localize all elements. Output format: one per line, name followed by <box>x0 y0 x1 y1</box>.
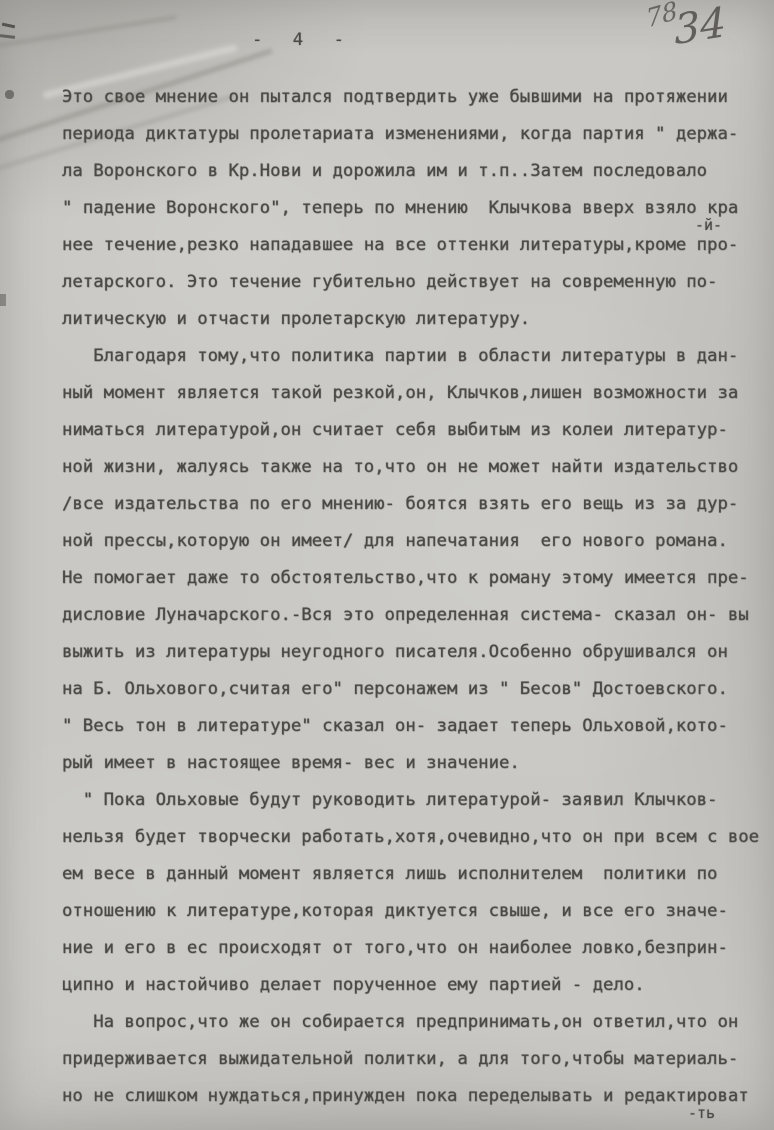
text-line: летарского. Это течение губительно дейст… <box>62 264 774 301</box>
text-line: ной прессы,которую он имеет/ для напечат… <box>62 523 774 560</box>
text-line: ла Воронского в Кр.Нови и дорожила им и … <box>62 153 774 190</box>
text-line: но не слишком нуждаться,принужден пока п… <box>62 1078 774 1115</box>
line-text: Это свое мнение он пытался подтвердить у… <box>62 87 728 107</box>
line-text: рый имеет в настоящее время- вес и значе… <box>62 753 520 773</box>
text-line: выжить из литературы неугодного писателя… <box>62 634 774 671</box>
paper-crease <box>0 15 177 49</box>
scan-artifact <box>2 23 15 29</box>
line-text: нее течение,резко нападавшее на все отте… <box>62 235 738 255</box>
line-text: отношению к литературе,которая диктуется… <box>62 901 728 921</box>
text-line: отношению к литературе,которая диктуется… <box>62 893 774 930</box>
text-line: Это свое мнение он пытался подтвердить у… <box>62 79 774 116</box>
text-line: ципно и настойчиво делает порученное ему… <box>62 967 774 1004</box>
text-line: литическую и отчасти пролетарскую литера… <box>62 301 774 338</box>
text-line: На вопрос,что же он собирается предприни… <box>62 1004 774 1041</box>
line-text: придерживается выжидательной политки, а … <box>62 1049 738 1069</box>
line-text: ной прессы,которую он имеет/ для напечат… <box>62 531 728 551</box>
text-line: периода диктатуры пролетариата изменения… <box>62 116 774 153</box>
scan-artifact <box>0 34 15 39</box>
line-text: нельзя будет творчески работать,хотя,оче… <box>62 827 759 847</box>
text-line: нельзя будет творчески работать,хотя,оче… <box>62 819 774 856</box>
line-text: ла Воронского в Кр.Нови и дорожила им и … <box>62 161 707 181</box>
text-line: " Весь тон в литературе" сказал он- зада… <box>62 708 774 745</box>
handwritten-number-large: 34 <box>673 0 727 54</box>
text-line: ный момент является такой резкой,он, Клы… <box>62 375 774 412</box>
line-text: ниматься литературой,он считает себя выб… <box>62 420 728 440</box>
line-text: " падение Воронского", теперь по мнению … <box>62 198 738 218</box>
text-line: " падение Воронского", теперь по мнению … <box>62 190 774 227</box>
text-line: придерживается выжидательной политки, а … <box>62 1041 774 1078</box>
text-column: Это свое мнение он пытался подтвердить у… <box>62 79 774 1115</box>
text-line: Не помогает даже то обстоятельство,что к… <box>62 560 774 597</box>
line-text: летарского. Это течение губительно дейст… <box>62 272 717 292</box>
line-text: ципно и настойчиво делает порученное ему… <box>62 975 645 995</box>
line-text: но не слишком нуждаться,принужден пока п… <box>62 1086 749 1106</box>
text-line: ние и его в ес происходят от того,что он… <box>62 930 774 967</box>
text-line: нее течение,резко нападавшее на все отте… <box>62 227 774 264</box>
text-line: " Пока Ольховые будут руководить литерат… <box>62 782 774 819</box>
line-text: выжить из литературы неугодного писателя… <box>62 642 728 662</box>
text-line: рый имеет в настоящее время- вес и значе… <box>62 745 774 782</box>
line-text: на Б. Ольхового,считая его" персонажем и… <box>62 679 728 699</box>
line-text: Благодаря тому,что политика партии в обл… <box>62 346 738 366</box>
line-text: дисловие Луначарского.-Вся это определен… <box>62 605 749 625</box>
handwritten-note: 78 34 <box>638 0 768 60</box>
line-text: ной жизни, жалуясь также на то,что он не… <box>62 457 738 477</box>
scan-artifact <box>5 90 14 99</box>
text-line: дисловие Луначарского.-Вся это определен… <box>62 597 774 634</box>
scan-artifact <box>0 294 6 306</box>
line-text: На вопрос,что же он собирается предприни… <box>62 1012 738 1032</box>
text-line: ем весе в данный момент является лишь ис… <box>62 856 774 893</box>
line-text: /все издательства по его мнению- боятся … <box>62 494 738 514</box>
text-line: ниматься литературой,он считает себя выб… <box>62 412 774 449</box>
text-line: ной жизни, жалуясь также на то,что он не… <box>62 449 774 486</box>
page-number: - 4 - <box>252 30 344 50</box>
line-text: литическую и отчасти пролетарскую литера… <box>62 309 530 329</box>
document-page: - 4 - 78 34 Это свое мнение он пытался п… <box>0 0 774 1130</box>
text-line: /все издательства по его мнению- боятся … <box>62 486 774 523</box>
text-line: на Б. Ольхового,считая его" персонажем и… <box>62 671 774 708</box>
line-text: ние и его в ес происходят от того,что он… <box>62 938 728 958</box>
line-text: " Весь тон в литературе" сказал он- зада… <box>62 716 728 736</box>
line-text: ем весе в данный момент является лишь ис… <box>62 864 717 884</box>
line-text: " Пока Ольховые будут руководить литерат… <box>62 790 717 810</box>
line-text: периода диктатуры пролетариата изменения… <box>62 124 738 144</box>
typed-correction: -ть <box>688 1105 715 1121</box>
text-line: Благодаря тому,что политика партии в обл… <box>62 338 774 375</box>
line-text: ный момент является такой резкой,он, Клы… <box>62 383 738 403</box>
line-text: Не помогает даже то обстоятельство,что к… <box>62 568 749 588</box>
